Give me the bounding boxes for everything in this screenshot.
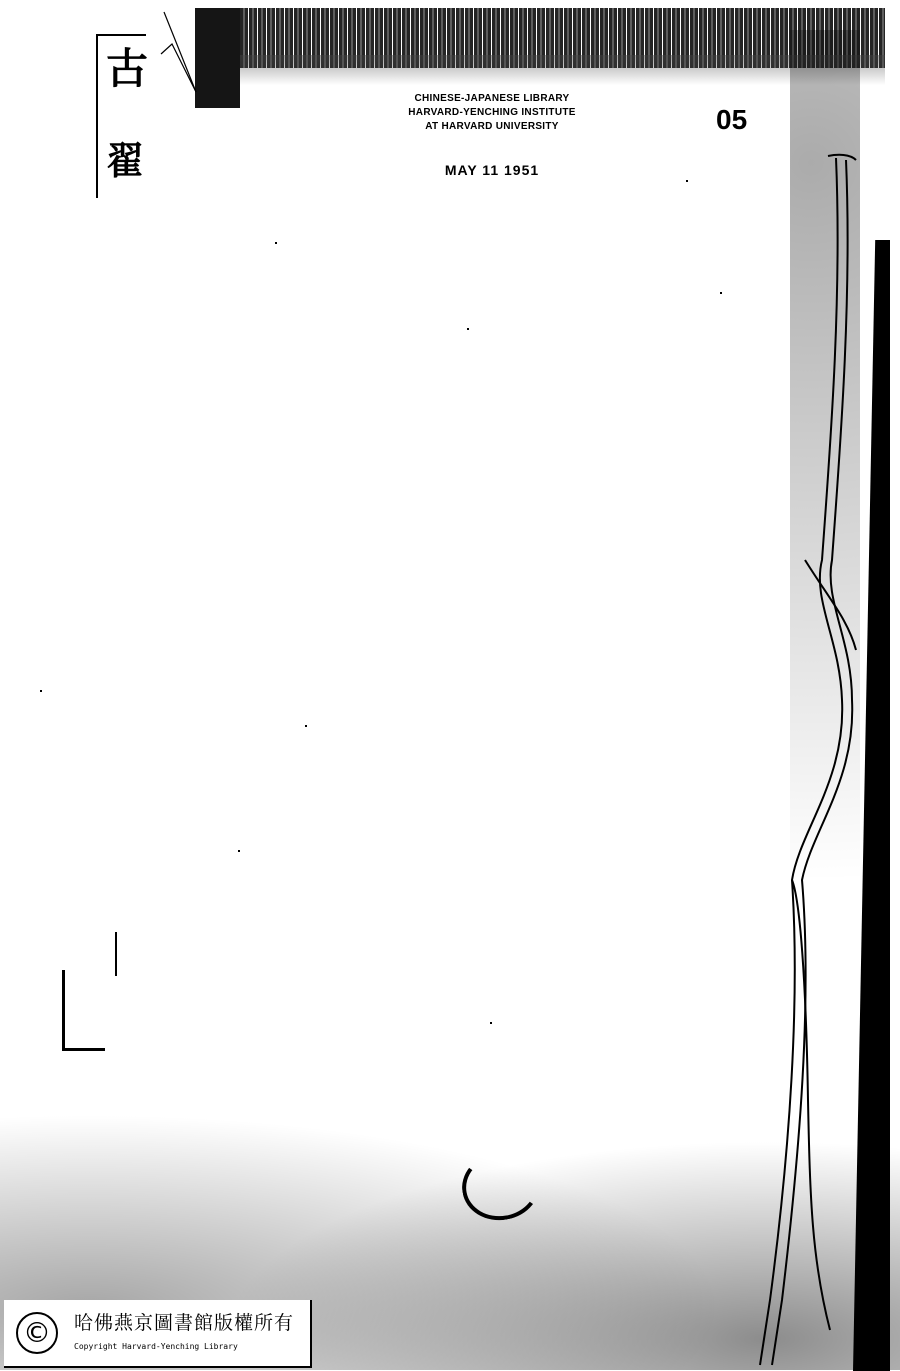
title-slip: 古 翟 bbox=[96, 34, 146, 198]
title-character: 翟 bbox=[106, 142, 144, 180]
stamp-line: Chinese-Japanese Library bbox=[392, 92, 592, 106]
title-character: 古 bbox=[106, 48, 148, 90]
copyright-icon: © bbox=[16, 1312, 58, 1354]
speck bbox=[467, 328, 469, 330]
library-stamp: Chinese-Japanese Library Harvard-Yenchin… bbox=[392, 92, 592, 178]
stamp-date: MAY 11 1951 bbox=[392, 162, 592, 178]
shelf-number: 05 bbox=[716, 104, 747, 136]
speck bbox=[720, 292, 722, 294]
pencil-mark bbox=[115, 932, 117, 976]
speck bbox=[238, 850, 240, 852]
copyright-english: Copyright Harvard-Yenching Library bbox=[74, 1342, 238, 1351]
copyright-chinese: 哈佛燕京圖書館版權所有 bbox=[74, 1308, 294, 1335]
scan-top-border-fade bbox=[195, 55, 885, 85]
scan-corner-shadow bbox=[195, 8, 240, 108]
speck bbox=[40, 690, 42, 692]
copyright-notice: © 哈佛燕京圖書館版權所有 Copyright Harvard-Yenching… bbox=[4, 1300, 312, 1368]
corner-mark bbox=[62, 970, 105, 1051]
scanned-page: 古 翟 Chinese-Japanese Library Harvard-Yen… bbox=[0, 0, 900, 1371]
speck bbox=[490, 1022, 492, 1024]
stamp-line: at Harvard University bbox=[392, 120, 592, 134]
speck bbox=[686, 180, 688, 182]
speck bbox=[305, 725, 307, 727]
folded-corner-lines bbox=[160, 10, 200, 100]
stamp-line: Harvard-Yenching Institute bbox=[392, 106, 592, 120]
speck bbox=[275, 242, 277, 244]
